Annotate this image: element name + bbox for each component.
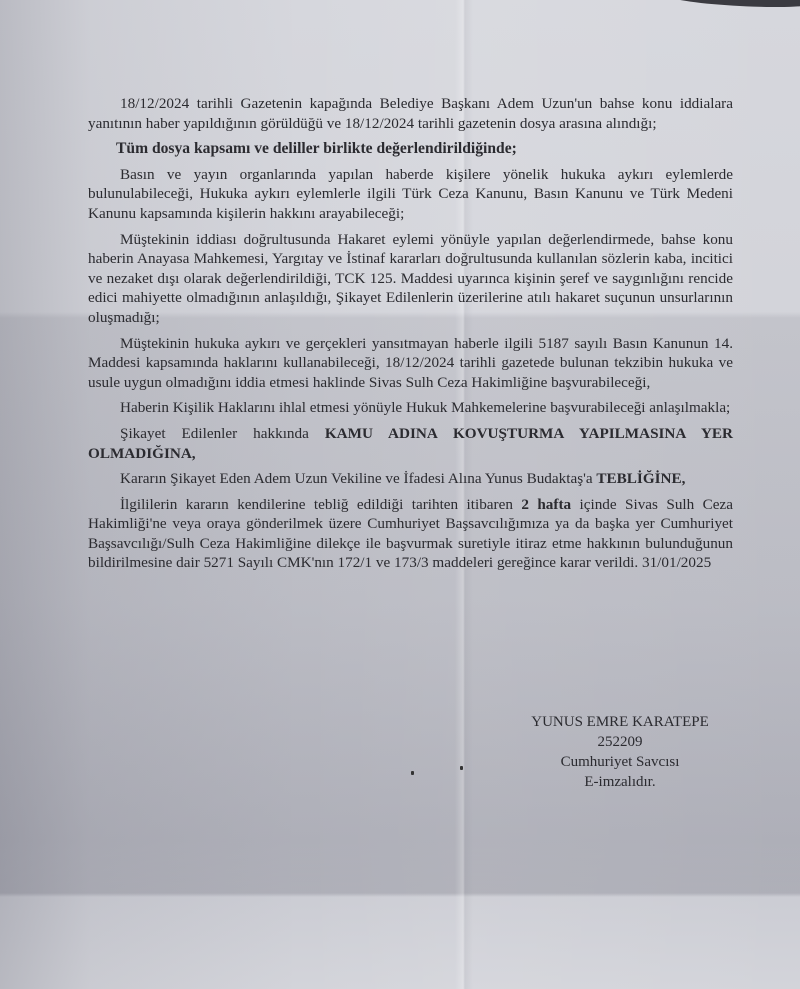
paragraph-press: Basın ve yayın organlarında yapılan habe… — [88, 165, 733, 224]
paragraph-personal-rights: Haberin Kişilik Haklarını ihlal etmesi y… — [88, 398, 733, 418]
paragraph-notification: Kararın Şikayet Eden Adem Uzun Vekiline … — [88, 469, 733, 489]
appeal-text-before: İlgililerin kararın kendilerine tebliğ e… — [120, 496, 521, 513]
appeal-bold: 2 hafta — [521, 496, 571, 513]
paragraph-appeal: İlgililerin kararın kendilerine tebliğ e… — [88, 495, 733, 573]
signer-title: Cumhuriyet Savcısı — [500, 752, 740, 772]
decision-text: Şikayet Edilenler hakkında — [120, 425, 325, 442]
paragraph-insult-evaluation: Müştekinin iddiası doğrultusunda Hakaret… — [88, 230, 733, 328]
notification-text: Kararın Şikayet Eden Adem Uzun Vekiline … — [120, 470, 596, 487]
paragraph-press-law: Müştekinin hukuka aykırı ve gerçekleri y… — [88, 334, 733, 393]
e-signature-note: E-imzalıdır. — [500, 772, 740, 792]
document-body: 18/12/2024 tarihli Gazetenin kapağında B… — [88, 94, 733, 573]
paragraph-decision: Şikayet Edilenler hakkında KAMU ADINA KO… — [88, 424, 733, 463]
ink-speck — [411, 771, 414, 775]
signature-block: YUNUS EMRE KARATEPE 252209 Cumhuriyet Sa… — [500, 712, 740, 792]
ink-speck — [460, 766, 463, 770]
notification-bold: TEBLİĞİNE, — [596, 470, 685, 487]
paragraph-heading-evaluation: Tüm dosya kapsamı ve deliller birlikte d… — [88, 139, 733, 159]
paragraph-gazette: 18/12/2024 tarihli Gazetenin kapağında B… — [88, 94, 733, 133]
signer-sicil: 252209 — [500, 732, 740, 752]
signer-name: YUNUS EMRE KARATEPE — [500, 712, 740, 732]
